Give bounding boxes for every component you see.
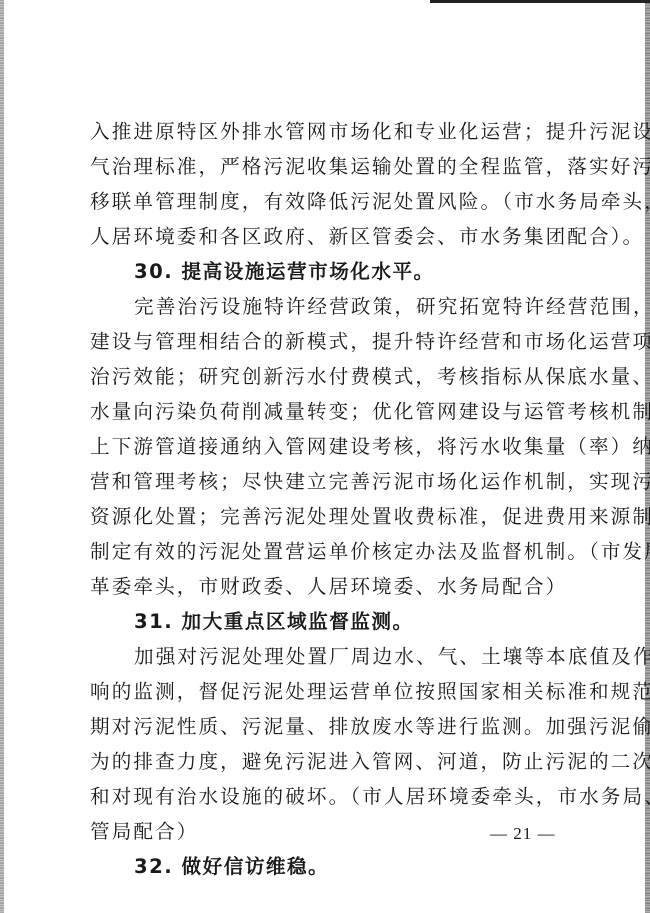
paragraph-section-30: 完善治污设施特许经营政策，研究拓宽特许经营范围，探索 建设与管理相结合的新模式，… [90, 289, 574, 604]
text-line: 人居环境委和各区政府、新区管委会、市水务集团配合）。 [90, 219, 574, 254]
text-line: 制定有效的污泥处置营运单价核定办法及监督机制。（市发展改 [90, 534, 574, 569]
text-line: 治污效能；研究创新污水付费模式，考核指标从保底水量、处理 [90, 359, 574, 394]
text-line: 入推进原特区外排水管网市场化和专业化运营；提升污泥设施臭 [90, 114, 574, 149]
text-line: 气治理标准，严格污泥收集运输处置的全程监管，落实好污泥转 [90, 149, 574, 184]
scan-edge-left [0, 0, 4, 913]
text-line: 建设与管理相结合的新模式，提升特许经营和市场化运营项目的 [90, 324, 574, 359]
text-line: 资源化处置；完善污泥处理处置收费标准，促进费用来源制度化； [90, 499, 574, 534]
text-line: 移联单管理制度，有效降低污泥处置风险。（市水务局牵头，市 [90, 184, 574, 219]
text-line: 水量向污染负荷削减量转变；优化管网建设与运管考核机制，将 [90, 394, 574, 429]
text-line: 革委牵头，市财政委、人居环境委、水务局配合） [90, 569, 574, 604]
text-line: 上下游管道接通纳入管网建设考核，将污水收集量（率）纳入运 [90, 429, 574, 464]
section-heading-32: 32. 做好信访维稳。 [90, 849, 574, 884]
text-line: 期对污泥性质、污泥量、排放废水等进行监测。加强污泥偷排行 [90, 709, 574, 744]
paragraph-section-31: 加强对污泥处理处置厂周边水、气、土壤等本底值及作业影 响的监测，督促污泥处理运营… [90, 639, 574, 849]
text-line: 加强对污泥处理处置厂周边水、气、土壤等本底值及作业影 [90, 639, 574, 674]
text-line: 营和管理考核；尽快建立完善污泥市场化运作机制，实现污泥的 [90, 464, 574, 499]
text-line: 为的排查力度，避免污泥进入管网、河道，防止污泥的二次污染 [90, 744, 574, 779]
scan-edge-top [430, 0, 650, 3]
document-page: 入推进原特区外排水管网市场化和专业化运营；提升污泥设施臭 气治理标准，严格污泥收… [90, 114, 574, 884]
page-number: — 21 — [490, 824, 556, 844]
text-line: 响的监测，督促污泥处理运营单位按照国家相关标准和规范，定 [90, 674, 574, 709]
text-line: 完善治污设施特许经营政策，研究拓宽特许经营范围，探索 [90, 289, 574, 324]
paragraph-continued: 入推进原特区外排水管网市场化和专业化运营；提升污泥设施臭 气治理标准，严格污泥收… [90, 114, 574, 254]
text-line: 和对现有治水设施的破坏。（市人居环境委牵头，市水务局、城 [90, 779, 574, 814]
section-heading-30: 30. 提高设施运营市场化水平。 [90, 254, 574, 289]
section-heading-31: 31. 加大重点区域监督监测。 [90, 604, 574, 639]
